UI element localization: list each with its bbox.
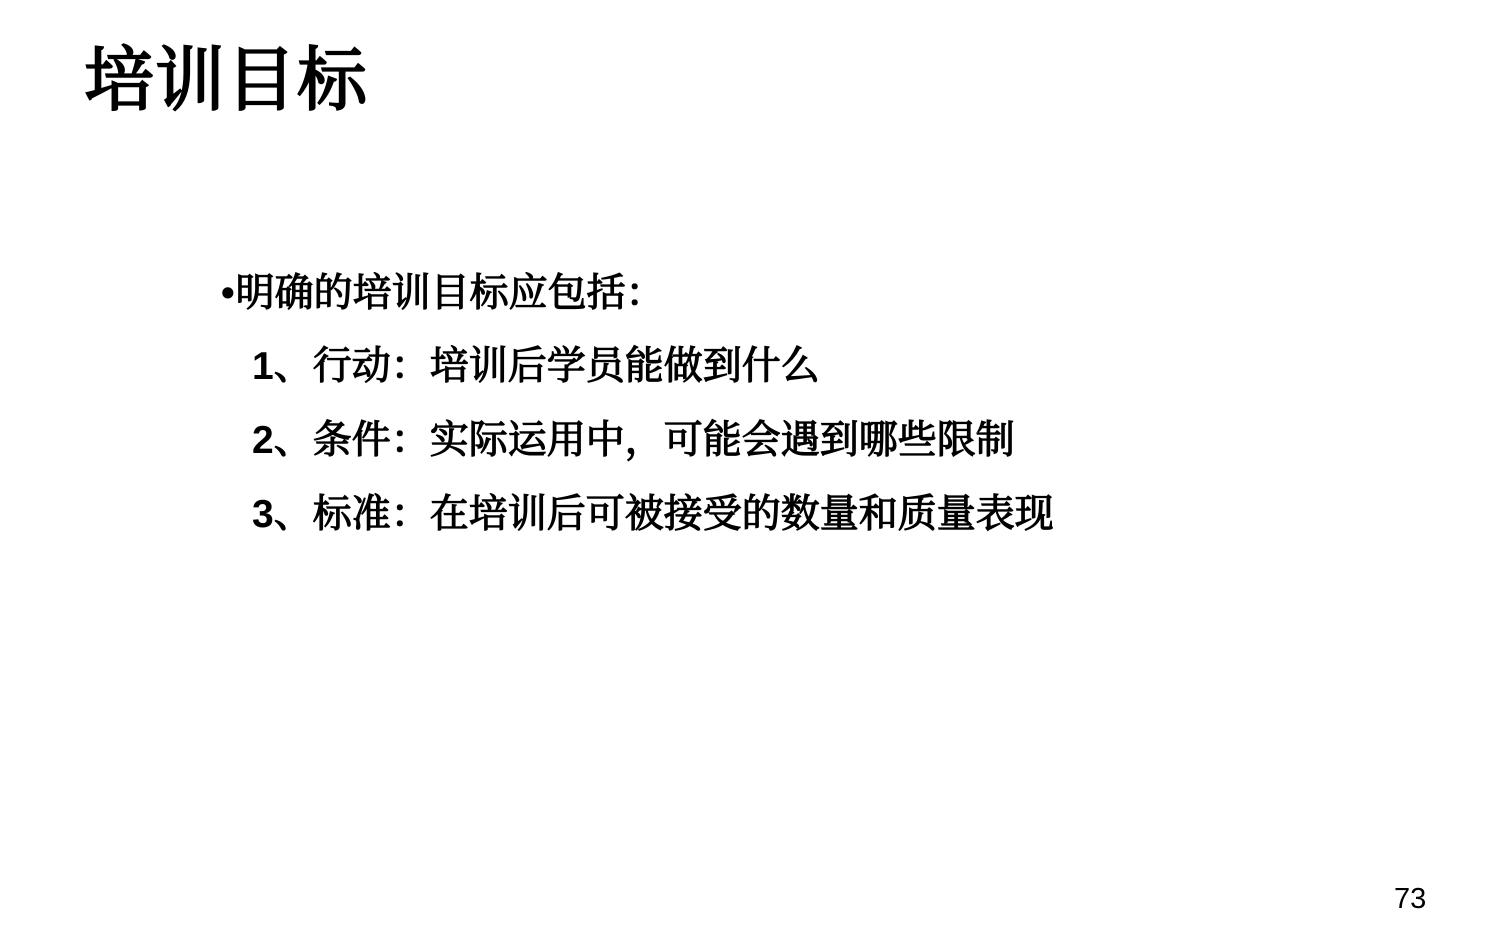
objective-item-condition: 2、条件：实际运用中，可能会遇到哪些限制 <box>252 418 1015 465</box>
bullet-icon: • <box>221 271 235 318</box>
objective-item-standard: 3、标准：在培训后可被接受的数量和质量表现 <box>252 492 1054 539</box>
slide-title: 培训目标 <box>84 42 368 119</box>
slide: 培训目标 •明确的培训目标应包括： 1、行动：培训后学员能做到什么 2、条件：实… <box>0 0 1500 937</box>
bullet-line: •明确的培训目标应包括： <box>221 271 665 318</box>
page-number: 73 <box>1394 884 1426 916</box>
bullet-text: 明确的培训目标应包括： <box>236 272 665 315</box>
objective-item-action: 1、行动：培训后学员能做到什么 <box>252 344 820 391</box>
